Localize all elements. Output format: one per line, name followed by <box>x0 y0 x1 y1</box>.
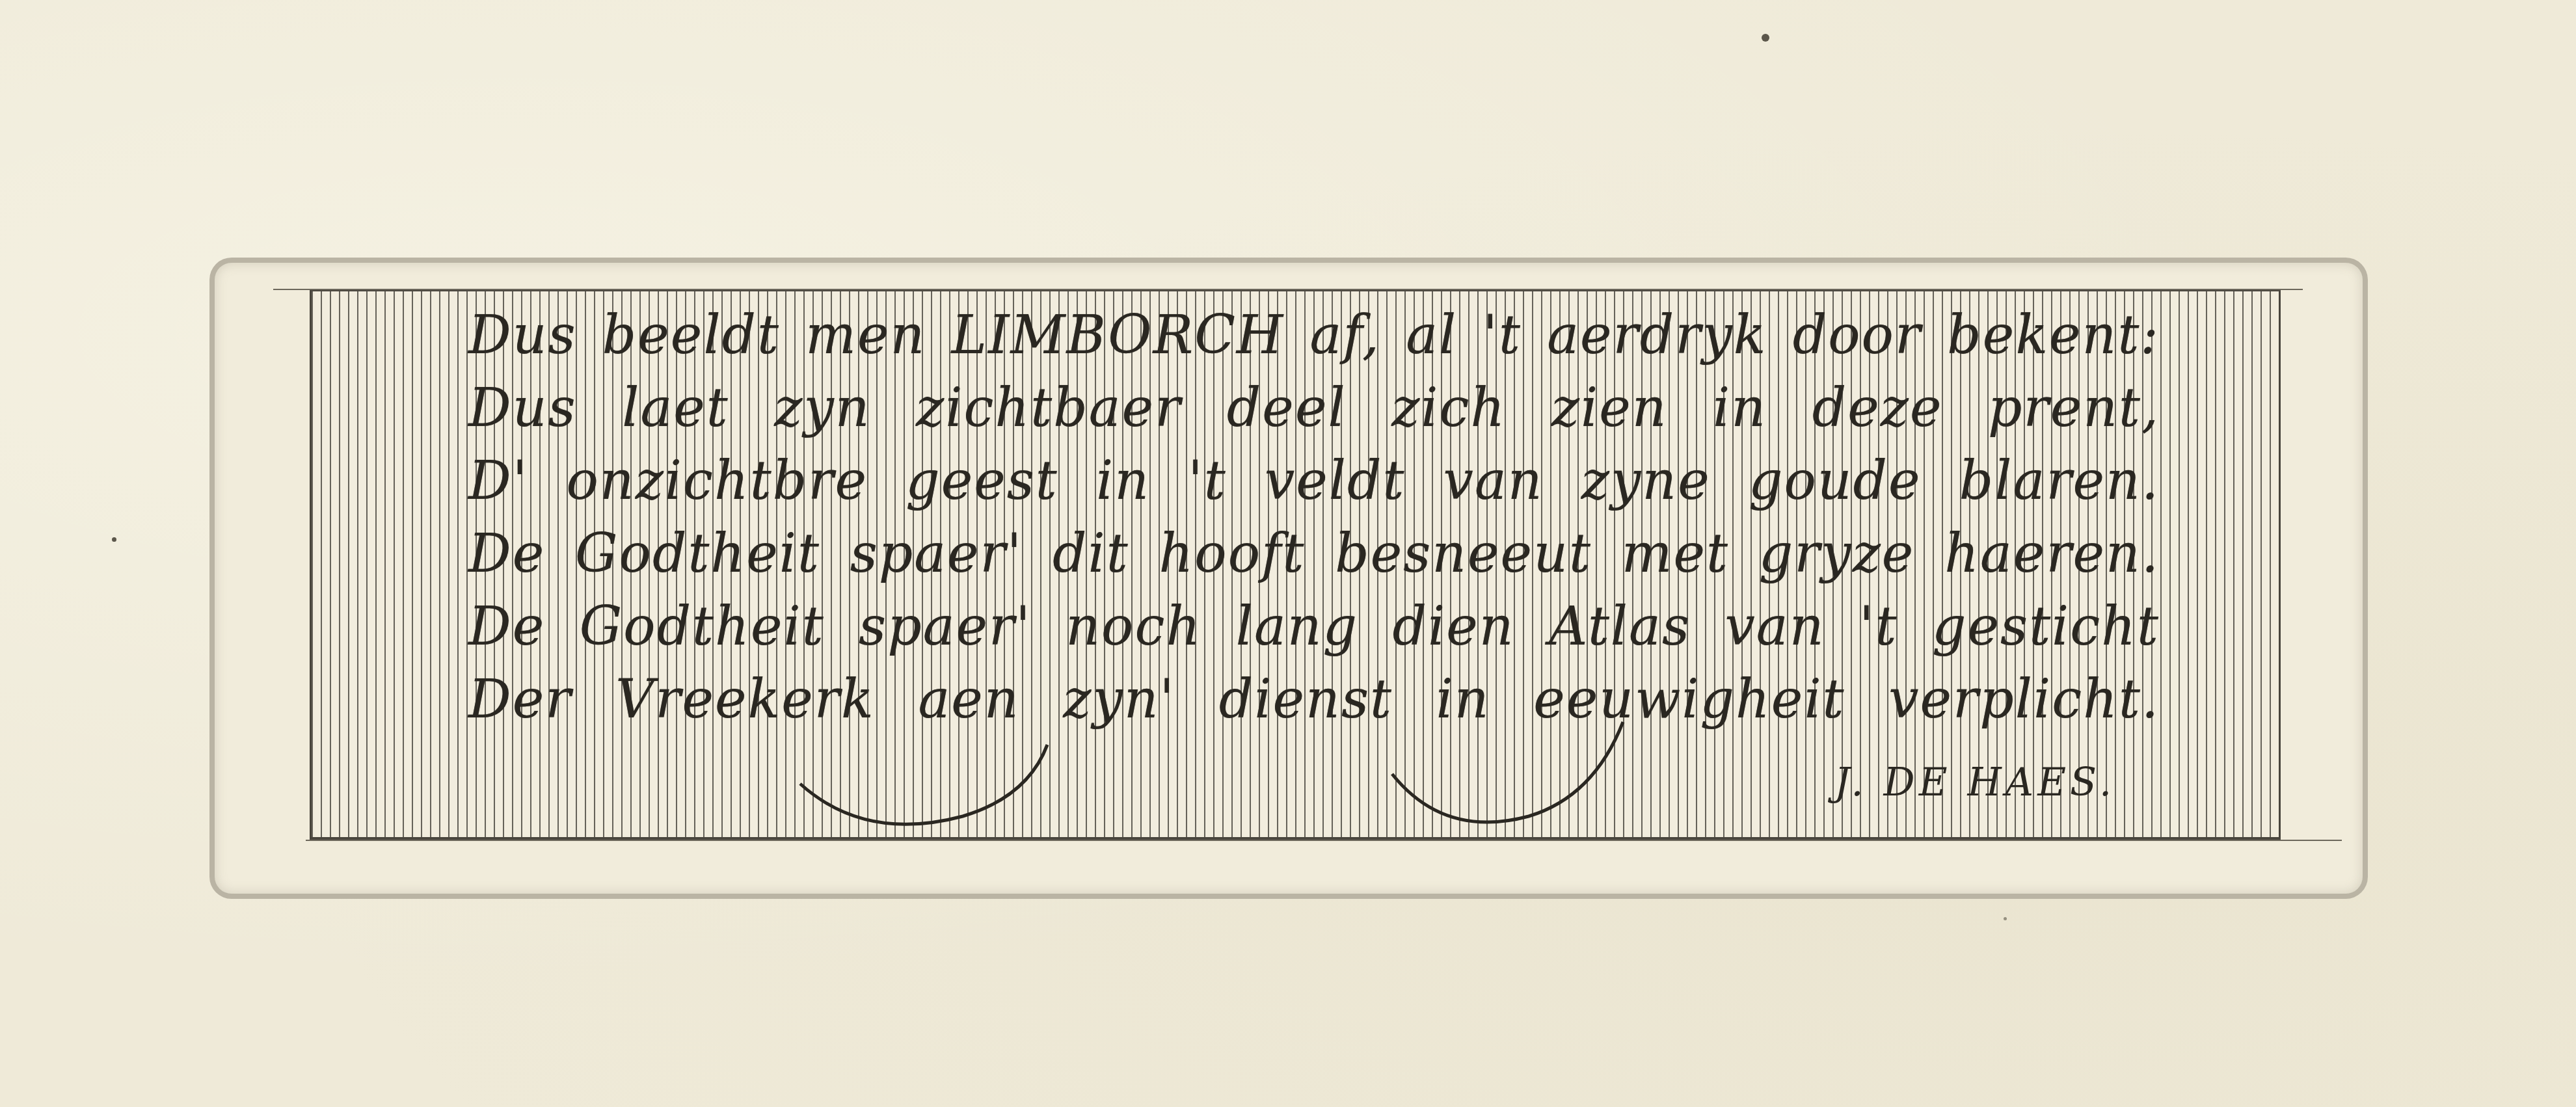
engraver-signature: J. DE HAES. <box>1834 760 2115 805</box>
flourish-left <box>0 0 2576 1107</box>
